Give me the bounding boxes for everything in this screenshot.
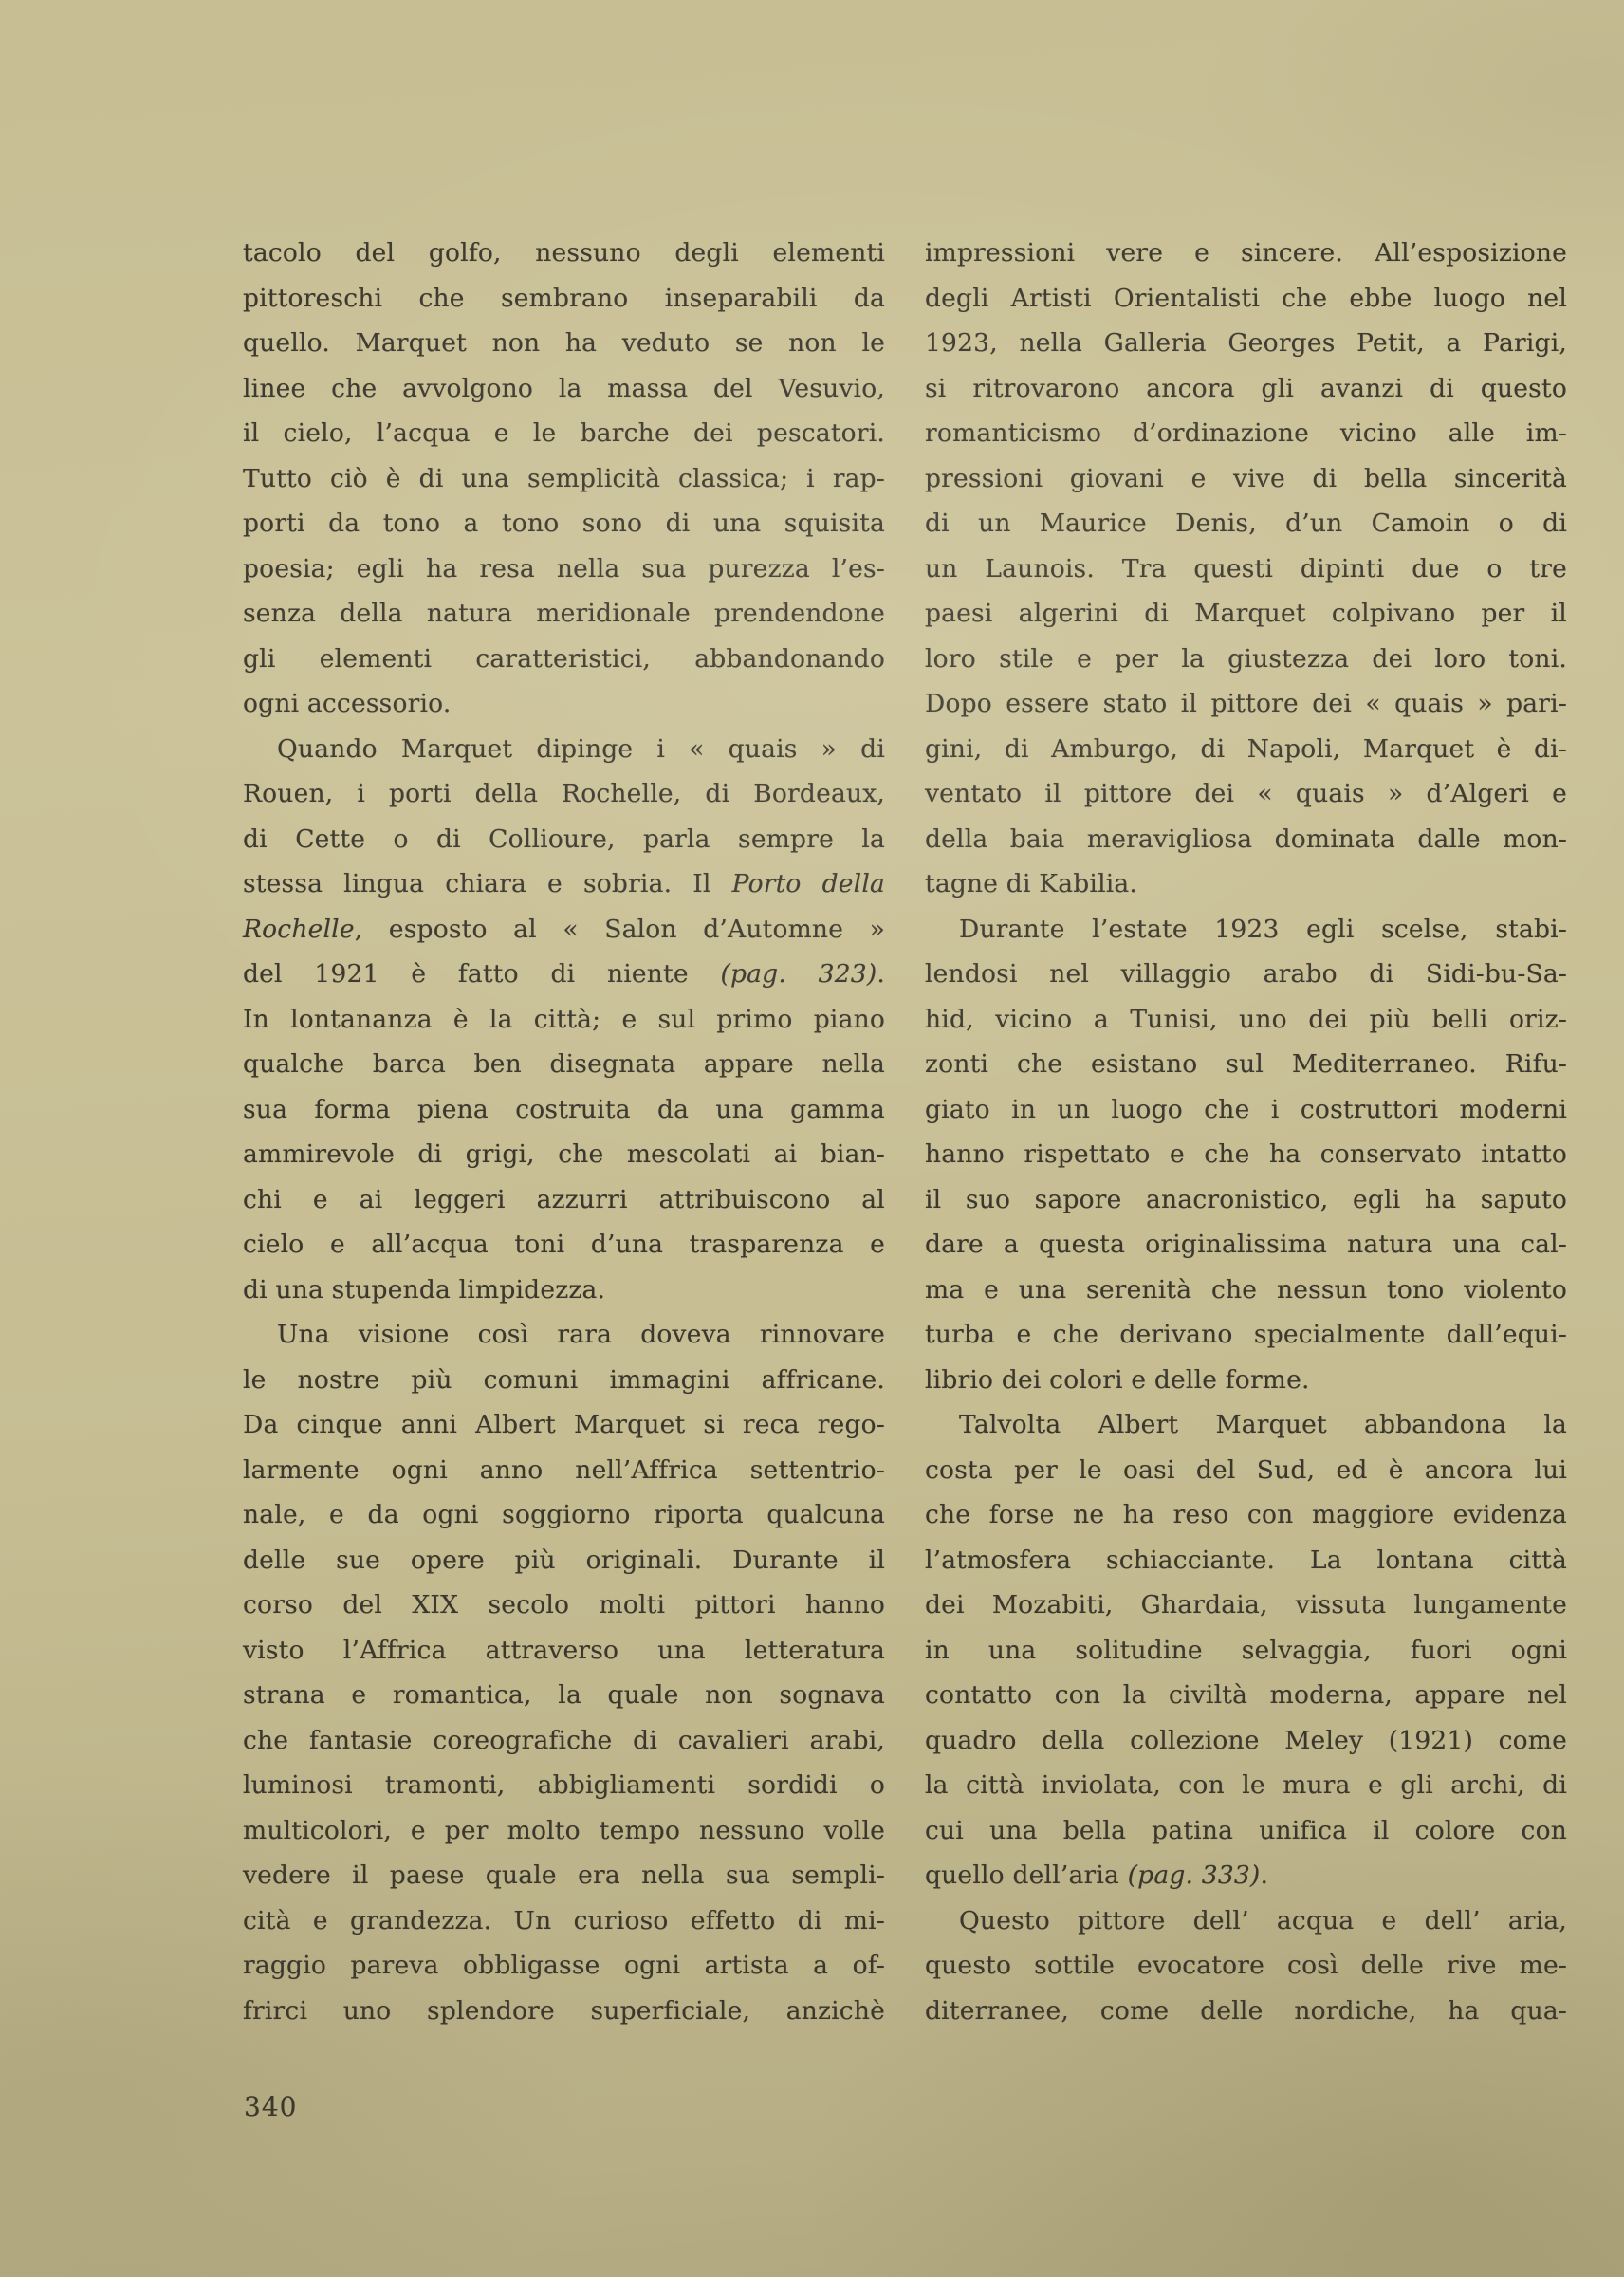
text-line: visto l’Affrica attraverso una letteratu… (243, 1628, 885, 1674)
text-line: zonti che esistano sul Mediterraneo. Rif… (925, 1042, 1567, 1087)
text-line: stessa lingua chiara e sobria. Il Porto … (243, 861, 885, 907)
text-line: ma e una serenità che nessun tono violen… (925, 1268, 1567, 1313)
text-line: chi e ai leggeri azzurri attribuiscono a… (243, 1177, 885, 1223)
text-line: il cielo, l’acqua e le barche dei pescat… (243, 411, 885, 456)
text-line: di un Maurice Denis, d’un Camoin o di (925, 501, 1567, 546)
text-line: ventato il pittore dei « quais » d’Alger… (925, 771, 1567, 817)
text-line: che fantasie coreografiche di cavalieri … (243, 1718, 885, 1764)
text-line: corso del XIX secolo molti pittori hanno (243, 1583, 885, 1628)
text-line: contatto con la civiltà moderna, appare … (925, 1673, 1567, 1718)
text-line: paesi algerini di Marquet colpivano per … (925, 591, 1567, 637)
text-line: hid, vicino a Tunisi, uno dei più belli … (925, 997, 1567, 1043)
text-line: il suo sapore anacronistico, egli ha sap… (925, 1177, 1567, 1223)
text-line: linee che avvolgono la massa del Vesuvio… (243, 366, 885, 412)
text-line: vedere il paese quale era nella sua semp… (243, 1853, 885, 1898)
text-line: quello dell’aria (pag. 333). (925, 1853, 1567, 1898)
text-column-left: tacolo del golfo, nessuno degli elementi… (243, 231, 885, 2033)
text-line: quadro della collezione Meley (1921) com… (925, 1718, 1567, 1764)
text-line: multicolori, e per molto tempo nessuno v… (243, 1808, 885, 1854)
text-line: In lontananza è la città; e sul primo pi… (243, 997, 885, 1043)
text-line: Una visione così rara doveva rinnovare (243, 1312, 885, 1358)
text-line: larmente ogni anno nell’Affrica settentr… (243, 1448, 885, 1493)
text-line: tacolo del golfo, nessuno degli elementi (243, 231, 885, 276)
text-line: quello. Marquet non ha veduto se non le (243, 321, 885, 366)
text-line: dei Mozabiti, Ghardaia, vissuta lungamen… (925, 1583, 1567, 1628)
text-line: pittoreschi che sembrano inseparabili da (243, 276, 885, 322)
text-line: sua forma piena costruita da una gamma (243, 1087, 885, 1133)
text-line: le nostre più comuni immagini affricane. (243, 1358, 885, 1403)
text-line: Tutto ciò è di una semplicità classica; … (243, 456, 885, 502)
text-line: luminosi tramonti, abbigliamenti sordidi… (243, 1763, 885, 1808)
text-line: impressioni vere e sincere. All’esposizi… (925, 231, 1567, 276)
text-line: di una stupenda limpidezza. (243, 1268, 885, 1313)
text-line: Rouen, i porti della Rochelle, di Bordea… (243, 771, 885, 817)
text-line: Quando Marquet dipinge i « quais » di (243, 727, 885, 772)
text-line: si ritrovarono ancora gli avanzi di ques… (925, 366, 1567, 412)
text-column-right: impressioni vere e sincere. All’esposizi… (925, 231, 1567, 2033)
text-line: librio dei colori e delle forme. (925, 1358, 1567, 1403)
text-line: strana e romantica, la quale non sognava (243, 1673, 885, 1718)
text-line: ammirevole di grigi, che mescolati ai bi… (243, 1132, 885, 1177)
text-line: della baia meravigliosa dominata dalle m… (925, 817, 1567, 862)
text-line: di Cette o di Collioure, parla sempre la (243, 817, 885, 862)
text-line: Talvolta Albert Marquet abbandona la (925, 1402, 1567, 1448)
text-line: senza della natura meridionale prendendo… (243, 591, 885, 637)
text-line: Durante l’estate 1923 egli scelse, stabi… (925, 907, 1567, 953)
text-line: frirci uno splendore superficiale, anzic… (243, 1989, 885, 2034)
text-line: cielo e all’acqua toni d’una trasparenza… (243, 1222, 885, 1268)
text-line: Rochelle, esposto al « Salon d’Automne » (243, 907, 885, 953)
text-line: dare a questa originalissima natura una … (925, 1222, 1567, 1268)
text-line: poesia; egli ha resa nella sua purezza l… (243, 546, 885, 592)
text-line: l’atmosfera schiacciante. La lontana cit… (925, 1538, 1567, 1583)
text-line: gini, di Amburgo, di Napoli, Marquet è d… (925, 727, 1567, 772)
text-line: lendosi nel villaggio arabo di Sidi-bu-S… (925, 952, 1567, 997)
page-number: 340 (244, 2094, 297, 2120)
text-line: la città inviolata, con le mura e gli ar… (925, 1763, 1567, 1808)
text-line: cità e grandezza. Un curioso effetto di … (243, 1898, 885, 1944)
text-line: hanno rispettato e che ha conservato int… (925, 1132, 1567, 1177)
text-line: Da cinque anni Albert Marquet si reca re… (243, 1402, 885, 1448)
text-line: nale, e da ogni soggiorno riporta qualcu… (243, 1492, 885, 1538)
text-line: qualche barca ben disegnata appare nella (243, 1042, 885, 1087)
text-line: pressioni giovani e vive di bella sincer… (925, 456, 1567, 502)
text-line: gli elementi caratteristici, abbandonand… (243, 637, 885, 682)
text-line: 1923, nella Galleria Georges Petit, a Pa… (925, 321, 1567, 366)
text-line: tagne di Kabilia. (925, 861, 1567, 907)
text-line: degli Artisti Orientalisti che ebbe luog… (925, 276, 1567, 322)
text-line: delle sue opere più originali. Durante i… (243, 1538, 885, 1583)
text-line: romanticismo d’ordinazione vicino alle i… (925, 411, 1567, 456)
text-line: cui una bella patina unifica il colore c… (925, 1808, 1567, 1854)
text-line: un Launois. Tra questi dipinti due o tre (925, 546, 1567, 592)
text-line: giato in un luogo che i costruttori mode… (925, 1087, 1567, 1133)
text-line: che forse ne ha reso con maggiore eviden… (925, 1492, 1567, 1538)
text-line: Questo pittore dell’ acqua e dell’ aria, (925, 1898, 1567, 1944)
text-line: raggio pareva obbligasse ogni artista a … (243, 1943, 885, 1989)
text-line: diterranee, come delle nordiche, ha qua- (925, 1989, 1567, 2034)
text-line: in una solitudine selvaggia, fuori ogni (925, 1628, 1567, 1674)
book-page: tacolo del golfo, nessuno degli elementi… (0, 0, 1624, 2277)
text-line: Dopo essere stato il pittore dei « quais… (925, 681, 1567, 727)
text-line: turba e che derivano specialmente dall’e… (925, 1312, 1567, 1358)
text-line: porti da tono a tono sono di una squisit… (243, 501, 885, 546)
text-line: ogni accessorio. (243, 681, 885, 727)
text-line: loro stile e per la giustezza dei loro t… (925, 637, 1567, 682)
text-line: costa per le oasi del Sud, ed è ancora l… (925, 1448, 1567, 1493)
text-line: questo sottile evocatore così delle rive… (925, 1943, 1567, 1989)
text-line: del 1921 è fatto di niente (pag. 323). (243, 952, 885, 997)
